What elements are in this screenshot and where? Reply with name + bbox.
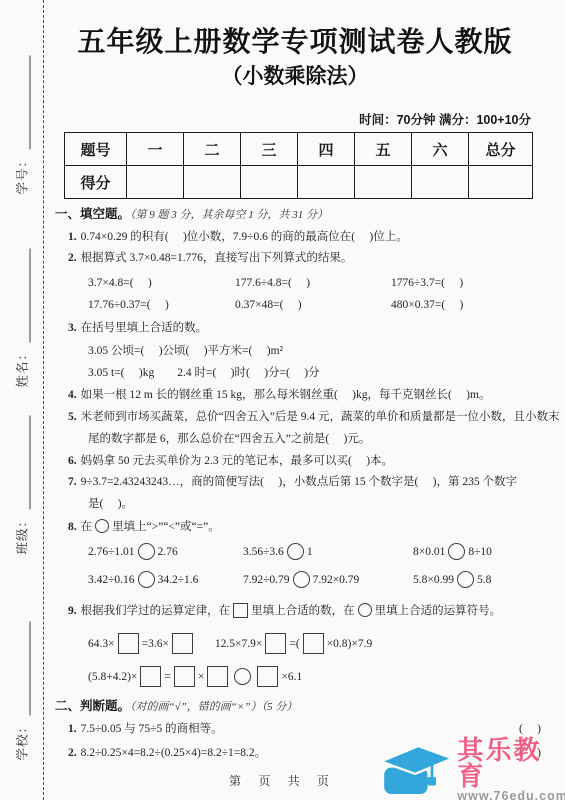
equation-blank: 1776÷3.7=( ) <box>391 276 463 291</box>
score-table-cell: 总分 <box>469 133 533 166</box>
compare-left: 3.42÷0.16 <box>88 574 135 586</box>
compare-circle-icon <box>457 571 474 588</box>
item-text: 在 <box>81 521 93 533</box>
compare-right: 2.76 <box>158 546 178 558</box>
compare-circle-icon <box>95 519 109 533</box>
class-label: 班级： <box>13 514 31 555</box>
item-text: 根据算式 3.7×0.48=1.776，直接写出下列算式的结果。 <box>81 252 353 264</box>
score-table-cell: 六 <box>412 133 469 166</box>
item-2-equations-row-2: 17.76÷0.37=( ) 0.37×48=( ) 480×0.37=( ) <box>88 298 463 313</box>
compare-right: 1 <box>307 546 313 558</box>
section2-points-note: （对的画“√”，错的画“×”）（5 分） <box>130 701 297 713</box>
equation-blank: 3.7×4.8=( ) <box>88 276 235 291</box>
unit-conversion-blank: 3.05 公顷=( )公顷( )平方米=( )m² <box>88 345 283 357</box>
score-table-score-row: 得分 <box>65 166 533 199</box>
logo-name: 其乐教育 <box>457 737 565 789</box>
equation-text: × <box>198 671 205 683</box>
equation-text: ×0.8)×7.9 <box>327 638 373 650</box>
score-table-header-row: 题号 一 二 三 四 五 六 总分 <box>65 133 533 166</box>
compare-right: 5.8 <box>477 574 491 586</box>
item-3: 3.在括号里填上合适的数。 <box>68 321 207 336</box>
equation-blank: 17.76÷0.37=( ) <box>88 298 235 313</box>
item-3-line-1: 3.05 公顷=( )公顷( )平方米=( )m² <box>88 344 283 359</box>
item-number: 6. <box>68 455 77 467</box>
item-text: 里填上“>”“<”或“=”。 <box>112 521 220 533</box>
compare-pair: 7.92÷0.797.92×0.79 <box>243 571 413 588</box>
equation-text: =3.6× <box>142 638 169 650</box>
score-table-empty-cell <box>298 166 355 199</box>
margin-field-name: 姓名： <box>11 243 31 388</box>
item-1: 1.0.74×0.29 的积有( )位小数，7.9÷0.6 的商的最高位在( )… <box>68 230 408 245</box>
operator-circle-icon <box>234 668 251 685</box>
item-number: 5. <box>68 411 77 423</box>
item-9-equation-row-1: 64.3×=3.6× 12.5×7.9×=(×0.8)×7.9 <box>88 633 372 654</box>
fill-box-icon <box>233 603 248 618</box>
equation-text: 12.5×7.9× <box>215 638 262 650</box>
school-blank-line <box>27 622 31 716</box>
compare-right: 8÷10 <box>468 546 492 558</box>
score-table-empty-cell <box>412 166 469 199</box>
item-2-equations-row-1: 3.7×4.8=( ) 177.6÷4.8=( ) 1776÷3.7=( ) <box>88 276 463 291</box>
score-table-empty-cell <box>184 166 241 199</box>
logo-url: www.76edu.com <box>457 789 565 800</box>
score-table-cell: 五 <box>355 133 412 166</box>
compare-pair: 5.8×0.995.8 <box>413 571 491 588</box>
item-number: 3. <box>68 322 77 334</box>
equation-blank: 0.37×48=( ) <box>235 298 391 313</box>
score-table-cell: 一 <box>127 133 184 166</box>
item-number: 1. <box>68 723 77 735</box>
item-number: 7. <box>68 476 77 488</box>
compare-left: 5.8×0.99 <box>413 574 454 586</box>
graduation-cap-icon <box>378 741 455 799</box>
item-number: 1. <box>68 231 77 243</box>
item-number: 2. <box>68 252 77 264</box>
compare-pair: 3.42÷0.1634.2÷1.6 <box>88 571 243 588</box>
margin-field-student-id: 学号： <box>11 50 31 195</box>
item-9-equation-row-2: (5.8+4.2)×=××6.1 <box>88 666 302 687</box>
item-number: 9. <box>68 605 77 617</box>
section1-title: 一、填空题。 <box>55 207 130 221</box>
section2-title: 二、判断题。 <box>55 699 130 713</box>
item-text: 在括号里填上合适的数。 <box>81 322 208 334</box>
margin-field-class: 班级： <box>11 410 31 555</box>
compare-left: 8×0.01 <box>413 546 445 558</box>
test-paper-page: 学号： 姓名： 班级： 学校： 五年级上册数学专项测试卷人教版 （小数乘除法） … <box>0 0 565 800</box>
compare-circle-icon <box>293 571 310 588</box>
item-7-line-2: 是( )。 <box>88 497 133 512</box>
score-table-cell: 题号 <box>65 133 127 166</box>
compare-pair: 8×0.018÷10 <box>413 543 492 560</box>
score-table-cell: 四 <box>298 133 355 166</box>
logo-text-block: 其乐教育 www.76edu.com <box>457 737 565 800</box>
page-title: 五年级上册数学专项测试卷人教版 <box>50 20 540 60</box>
equation-text: 64.3× <box>88 638 115 650</box>
compare-right: 34.2÷1.6 <box>158 574 199 586</box>
item-text: 8.2÷0.25×4=8.2÷(0.25×4)=8.2÷1=8.2。 <box>81 747 267 759</box>
item-9: 9.根据我们学过的运算定律，在里填上合适的数，在里填上合适的运算符号。 <box>68 603 501 619</box>
section1-heading: 一、填空题。（第 9 题 3 分，其余每空 1 分，共 31 分） <box>55 207 328 223</box>
item-text: 9÷3.7=2.43243243…，商的简便写法( )，小数点后第 15 个数字… <box>81 476 517 488</box>
item-text: 如果一根 12 m 长的钢丝重 15 kg，那么每米钢丝重( )kg，每千克钢丝… <box>81 389 491 401</box>
student-id-label: 学号： <box>13 154 31 195</box>
equation-text: ×6.1 <box>281 671 302 683</box>
item-text: 根据我们学过的运算定律，在 <box>81 605 231 617</box>
item-8-compare-row-1: 2.76÷1.012.76 3.56÷3.61 8×0.018÷10 <box>88 543 492 560</box>
compare-circle-icon <box>138 543 155 560</box>
item-text: 7.5÷0.05 与 75÷5 的商相等。 <box>81 723 223 735</box>
item-number: 2. <box>68 747 77 759</box>
item-number: 4. <box>68 389 77 401</box>
item-text: 妈妈拿 50 元去买单价为 2.3 元的笔记本，最多可以买( )本。 <box>81 455 393 467</box>
fill-box-icon <box>257 666 278 687</box>
class-blank-line <box>27 416 31 510</box>
score-table-cell: 二 <box>184 133 241 166</box>
item-6: 6.妈妈拿 50 元去买单价为 2.3 元的笔记本，最多可以买( )本。 <box>68 454 393 469</box>
item-8-compare-row-2: 3.42÷0.1634.2÷1.6 7.92÷0.797.92×0.79 5.8… <box>88 571 491 588</box>
school-label: 学校： <box>13 720 31 761</box>
compare-circle-icon <box>448 543 465 560</box>
fill-box-icon <box>118 633 139 654</box>
unit-conversion-blank: 3.05 t=( )kg 2.4 时=( )时( )分=( )分 <box>88 367 320 379</box>
item-5-line-1: 5.米老师到市场买蔬菜，总价“四舍五入”后是 9.4 元，蔬菜的单价和质量都是一… <box>68 410 559 425</box>
item-text: 尾的数字都是 6，那么总价在“四舍五入”之前是( )元。 <box>88 433 370 445</box>
fill-box-icon <box>174 666 195 687</box>
compare-circle-icon <box>287 543 304 560</box>
compare-left: 3.56÷3.6 <box>243 546 284 558</box>
score-table-empty-cell <box>127 166 184 199</box>
compare-left: 2.76÷1.01 <box>88 546 135 558</box>
student-id-blank-line <box>27 56 31 150</box>
section2-heading: 二、判断题。（对的画“√”，错的画“×”）（5 分） <box>55 699 297 715</box>
compare-pair: 2.76÷1.012.76 <box>88 543 243 560</box>
fill-box-icon <box>207 666 228 687</box>
equation-text: =( <box>289 638 299 650</box>
boxed-equation: (5.8+4.2)×=××6.1 <box>88 671 302 683</box>
score-table-cell: 三 <box>241 133 298 166</box>
fill-box-icon <box>303 633 324 654</box>
score-table-empty-cell <box>355 166 412 199</box>
fill-box-icon <box>172 633 193 654</box>
item-3-line-2: 3.05 t=( )kg 2.4 时=( )时( )分=( )分 <box>88 366 320 381</box>
equation-text: (5.8+4.2)× <box>88 671 137 683</box>
item-text: 里填上合适的数，在 <box>251 605 355 617</box>
score-table-empty-cell <box>469 166 533 199</box>
judge-text: 2.8.2÷0.25×4=8.2÷(0.25×4)=8.2÷1=8.2。 <box>68 746 266 761</box>
compare-left: 7.92÷0.79 <box>243 574 290 586</box>
name-label: 姓名： <box>13 347 31 388</box>
item-5-line-2: 尾的数字都是 6，那么总价在“四舍五入”之前是( )元。 <box>88 432 370 447</box>
compare-pair: 3.56÷3.61 <box>243 543 413 560</box>
score-table: 题号 一 二 三 四 五 六 总分 得分 <box>64 132 533 199</box>
fill-box-icon <box>265 633 286 654</box>
equation-blank: 177.6÷4.8=( ) <box>235 276 391 291</box>
score-table-cell: 得分 <box>65 166 127 199</box>
item-2: 2.根据算式 3.7×0.48=1.776，直接写出下列算式的结果。 <box>68 251 352 266</box>
page-subtitle: （小数乘除法） <box>50 60 540 90</box>
equation-text: = <box>164 671 171 683</box>
item-text: 0.74×0.29 的积有( )位小数，7.9÷0.6 的商的最高位在( )位上… <box>81 231 408 243</box>
name-blank-line <box>27 249 31 343</box>
paper-body: 一、填空题。（第 9 题 3 分，其余每空 1 分，共 31 分） 1.0.74… <box>55 205 543 780</box>
compare-right: 7.92×0.79 <box>313 574 360 586</box>
time-score-info: 时间：70分钟 满分：100+10分 <box>55 110 531 128</box>
equation-blank: 480×0.37=( ) <box>391 298 463 313</box>
section1-points-note: （第 9 题 3 分，其余每空 1 分，共 31 分） <box>130 209 328 221</box>
score-table-empty-cell <box>241 166 298 199</box>
item-text: 米老师到市场买蔬菜，总价“四舍五入”后是 9.4 元，蔬菜的单价和质量都是一位小… <box>81 411 560 423</box>
publisher-logo: 其乐教育 www.76edu.com <box>378 737 565 800</box>
boxed-equation: 64.3×=3.6× <box>88 638 196 650</box>
item-4: 4.如果一根 12 m 长的钢丝重 15 kg，那么每米钢丝重( )kg，每千克… <box>68 388 490 403</box>
fill-box-icon <box>140 666 161 687</box>
item-7-line-1: 7.9÷3.7=2.43243243…，商的简便写法( )，小数点后第 15 个… <box>68 475 517 490</box>
binding-dashed-line <box>43 0 44 800</box>
item-number: 8. <box>68 521 77 533</box>
compare-circle-icon <box>138 571 155 588</box>
item-text: 里填上合适的运算符号。 <box>375 605 502 617</box>
item-8: 8.在里填上“>”“<”或“=”。 <box>68 519 220 535</box>
item-text: 是( )。 <box>88 498 133 510</box>
margin-field-school: 学校： <box>11 616 31 761</box>
compare-circle-icon <box>358 603 372 617</box>
judge-text: 1.7.5÷0.05 与 75÷5 的商相等。 <box>68 722 223 737</box>
boxed-equation: 12.5×7.9×=(×0.8)×7.9 <box>215 633 372 654</box>
